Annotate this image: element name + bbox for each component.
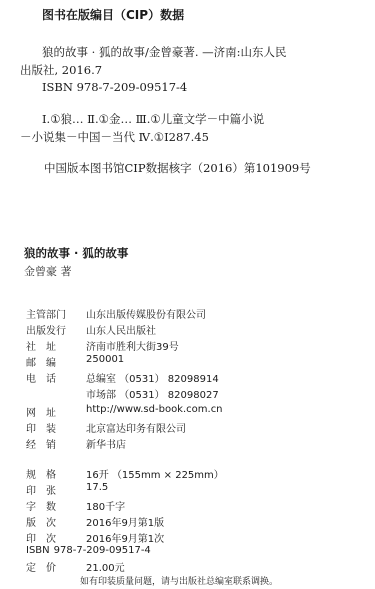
print-info-row: 印 次 2016年9月第1次 <box>26 530 164 545</box>
cip-line-4: Ⅰ.①狼… Ⅱ.①金… Ⅲ.①儿童文学－中篇小说 <box>42 111 264 127</box>
info-label: 字 数 <box>26 498 86 513</box>
print-info-row: 印 张 17.5 <box>26 482 108 497</box>
info-value: 济南市胜利大街39号 <box>86 338 179 353</box>
publisher-info-row: 社 址 济南市胜利大街39号 <box>26 338 179 353</box>
publisher-info-row: 主管部门 山东出版传媒股份有限公司 <box>26 306 206 321</box>
info-label: 印 张 <box>26 482 86 497</box>
publisher-info-row: 出版发行 山东人民出版社 <box>26 322 156 337</box>
cip-line-5: －小说集－中国－当代 Ⅳ.①I287.45 <box>20 129 209 145</box>
publisher-info-row: 电 话 总编室 （0531） 82098914 <box>26 370 219 385</box>
book-author: 金曾豪 著 <box>24 263 72 279</box>
info-value: 16开 （155mm × 225mm） <box>86 466 224 481</box>
publisher-info-row: 印 装 北京富达印务有限公司 <box>26 420 186 435</box>
publisher-info-row: 市场部 （0531） 82098027 <box>26 386 219 401</box>
print-info-row: 规 格 16开 （155mm × 225mm） <box>26 466 224 481</box>
info-value: 北京富达印务有限公司 <box>86 420 186 435</box>
info-label: 电 话 <box>26 370 86 385</box>
cip-title: 图书在版编目（CIP）数据 <box>42 6 184 23</box>
info-value: 250001 <box>86 354 124 369</box>
info-label: 社 址 <box>26 338 86 353</box>
info-value: 2016年9月第1版 <box>86 514 164 529</box>
quality-note: 如有印装质量问题，请与出版社总编室联系调换。 <box>80 574 278 587</box>
info-value: 180千字 <box>86 498 125 513</box>
print-info-row: ISBN 978-7-209-09517-4 <box>26 545 151 556</box>
info-value: 新华书店 <box>86 436 126 451</box>
cip-line-6: 中国版本图书馆CIP数据核字（2016）第101909号 <box>44 160 311 176</box>
info-value: 总编室 （0531） 82098914 <box>86 370 219 385</box>
price-value: 21.00元 <box>86 559 125 574</box>
info-label: 定 价 <box>26 559 86 574</box>
isbn-value: 978-7-209-09517-4 <box>54 545 151 556</box>
print-info-row: 字 数 180千字 <box>26 498 125 513</box>
publisher-info-row: 网 址 http://www.sd-book.com.cn <box>26 404 223 419</box>
print-info-row: 版 次 2016年9月第1版 <box>26 514 164 529</box>
isbn-label: ISBN <box>26 545 50 556</box>
info-label: 主管部门 <box>26 306 86 321</box>
info-value: 山东出版传媒股份有限公司 <box>86 306 206 321</box>
publisher-info-row: 经 销 新华书店 <box>26 436 126 451</box>
info-value: 山东人民出版社 <box>86 322 156 337</box>
info-label: 网 址 <box>26 404 86 419</box>
cip-line-1: 狼的故事 · 狐的故事/金曾豪著. —济南:山东人民 <box>42 44 287 60</box>
book-title: 狼的故事 · 狐的故事 <box>24 245 128 261</box>
info-label: 印 装 <box>26 420 86 435</box>
info-label: 邮 编 <box>26 354 86 369</box>
publisher-info-row: 邮 编 250001 <box>26 354 124 369</box>
website-link: http://www.sd-book.com.cn <box>86 404 223 419</box>
info-label: 经 销 <box>26 436 86 451</box>
info-label: 规 格 <box>26 466 86 481</box>
info-label: 印 次 <box>26 530 86 545</box>
info-label: 出版发行 <box>26 322 86 337</box>
info-value: 市场部 （0531） 82098027 <box>86 386 219 401</box>
cip-line-2: 出版社, 2016.7 <box>20 62 102 78</box>
cip-line-3: ISBN 978-7-209-09517-4 <box>42 80 187 94</box>
info-label <box>26 386 86 401</box>
info-value: 2016年9月第1次 <box>86 530 164 545</box>
info-value: 17.5 <box>86 482 108 497</box>
print-info-row: 定 价 21.00元 <box>26 559 125 574</box>
info-label: 版 次 <box>26 514 86 529</box>
